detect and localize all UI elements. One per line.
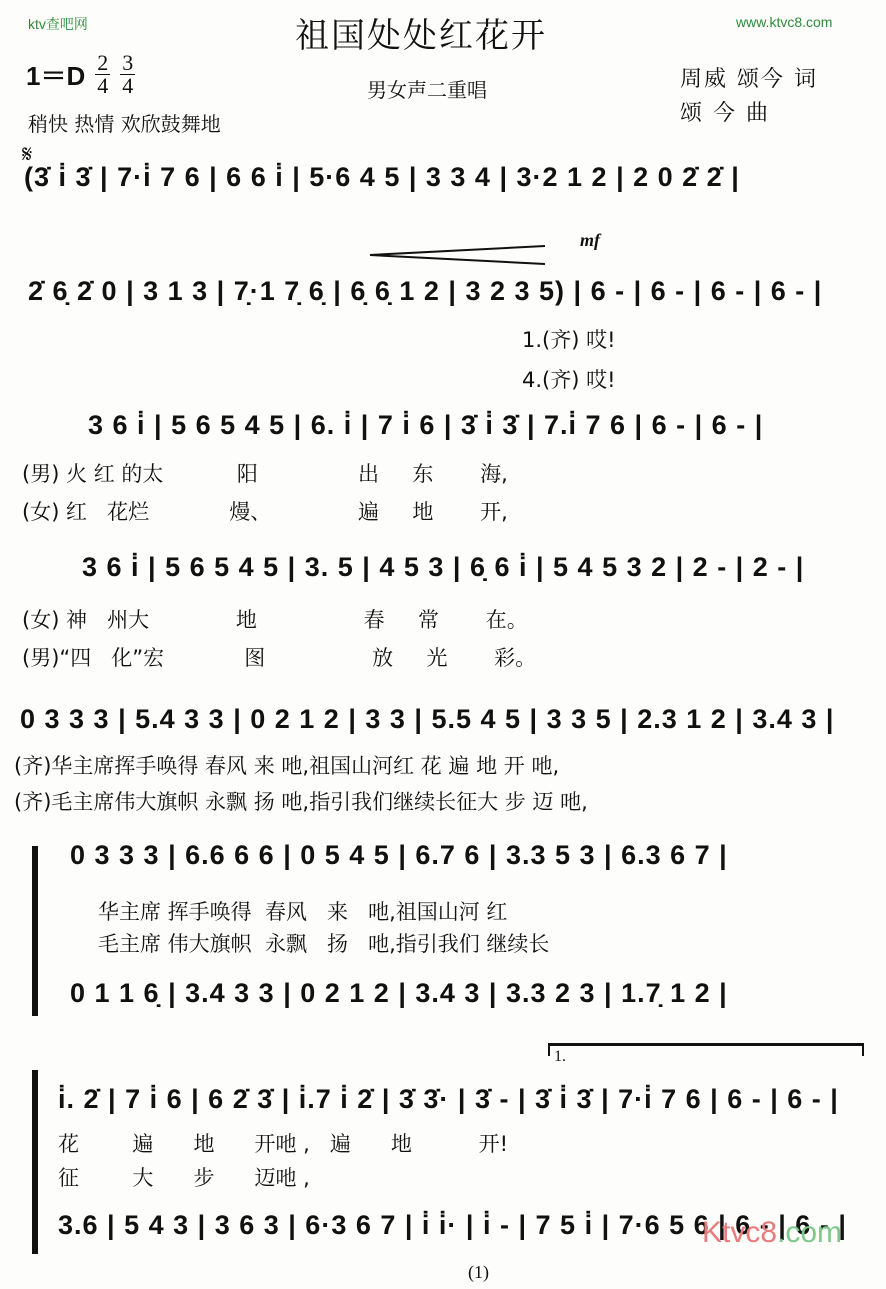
- notation-line: 3 6 i̇ | 5 6 5 4 5 | 3. 5 | 4 5 3 | 6̣ 6…: [82, 552, 804, 583]
- lyric-line-2: (齐)毛主席伟大旗帜 永飘 扬 吔,指引我们继续长征大 步 迈 吔,: [14, 786, 588, 816]
- lyric-line-1: 1.(齐) 哎!: [522, 324, 616, 354]
- lyric-line-1: 华主席 挥手唤得 春风 来 吔,祖国山河 红: [98, 896, 507, 926]
- key-and-time: 1＝D 2 4 3 4: [26, 52, 135, 97]
- notation-line: 0 3 3 3 | 5.4 3 3 | 0 2 1 2 | 3 3 | 5.5 …: [20, 704, 834, 735]
- time-signature-1: 2 4: [95, 52, 110, 97]
- lyricist-credit: 周威 颂今 词: [680, 62, 818, 93]
- upper-voice-line: 0 3 3 3 | 6.6 6 6 | 0 5 4 5 | 6.7 6 | 3.…: [70, 840, 728, 871]
- lyric-line-1: 花 遍 地 开吔 , 遍 地 开!: [58, 1128, 508, 1158]
- lyric-line-2: 毛主席 伟大旗帜 永飘 扬 吔,指引我们 继续长: [98, 928, 549, 958]
- watermark-logo: Ktvc8.com: [702, 1216, 842, 1250]
- dynamic-mf: mf: [580, 230, 600, 251]
- time-signature-2: 3 4: [120, 52, 135, 97]
- system-brace: [32, 846, 38, 1016]
- composer-credit: 颂 今 曲: [680, 96, 770, 127]
- notation-line: 3 6 i̇ | 5 6 5 4 5 | 6. i̇ | 7 i̇ 6 | 3̇…: [88, 410, 763, 441]
- crescendo-hairpin-icon: [370, 244, 545, 266]
- voicing-subtitle: 男女声二重唱: [367, 74, 487, 103]
- lyric-line-1: (齐)华主席挥手唤得 春风 来 吔,祖国山河红 花 遍 地 开 吔,: [14, 750, 559, 780]
- lyric-line-male: (男)“四 化”宏 图 放 光 彩。: [22, 642, 536, 672]
- lyric-line-2: 征 大 步 迈吔 ,: [58, 1162, 310, 1192]
- notation-line: (3̇ i̇ 3̇ | 7·i̇ 7 6 | 6 6 i̇ | 5·6 4 5 …: [24, 162, 740, 193]
- key-signature: 1＝D: [26, 56, 85, 93]
- tempo-marking: 稍快 热情 欢欣鼓舞地: [28, 108, 221, 137]
- song-title: 祖国处处红花开: [295, 8, 547, 57]
- first-ending-bracket: 1.: [548, 1043, 864, 1056]
- notation-line: 2̇ 6̣ 2̇ 0 | 3 1 3 | 7̣·1 7̣ 6̣ | 6̣ 6̣ …: [28, 276, 822, 307]
- lyric-line-female: (女) 红 花烂 熳、 遍 地 开,: [22, 496, 508, 526]
- page-number: (1): [468, 1262, 489, 1283]
- upper-voice-line: i̇. 2̇ | 7 i̇ 6 | 6 2̇ 3̇ | i̇.7 i̇ 2̇ |…: [58, 1084, 839, 1115]
- lyric-line-male: (男) 火 红 的太 阳 出 东 海,: [22, 458, 508, 488]
- lyric-line-2: 4.(齐) 哎!: [522, 364, 616, 394]
- system-brace: [32, 1070, 38, 1254]
- lyric-line-female: (女) 神 州大 地 春 常 在。: [22, 604, 528, 634]
- watermark-url: www.ktvc8.com: [736, 14, 832, 30]
- watermark-site-name: ktv查吧网: [28, 14, 88, 34]
- lower-voice-line: 0 1 1 6̣ | 3.4 3 3 | 0 2 1 2 | 3.4 3 | 3…: [70, 978, 728, 1009]
